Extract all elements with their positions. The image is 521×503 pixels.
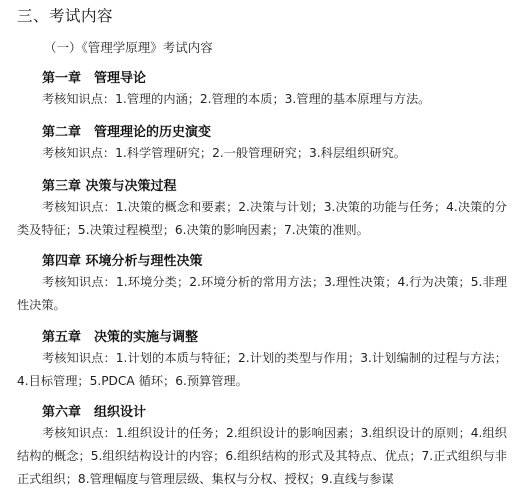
- chapter-5-title: 第五章 决策的实施与调整: [42, 326, 198, 345]
- chapter-3-title: 第三章 决策与决策过程: [42, 175, 177, 194]
- chapter-6-content: 考核知识点：1.组织设计的任务；2.组织设计的影响因素；3.组织设计的原则；4.…: [17, 422, 507, 491]
- chapter-6-title: 第六章 组织设计: [42, 401, 146, 420]
- subsection-title: （一）《管理学原理》考试内容: [44, 38, 213, 56]
- chapter-4-content: 考核知识点：1.环境分类；2.环境分析的常用方法；3.理性决策；4.行为决策；5…: [17, 271, 507, 317]
- chapter-1-content: 考核知识点：1.管理的内涵；2.管理的本质；3.管理的基本原理与方法。: [17, 88, 507, 111]
- chapter-2-content: 考核知识点：1.科学管理研究；2.一般管理研究；3.科层组织研究。: [17, 142, 507, 165]
- chapter-4-title: 第四章 环境分析与理性决策: [42, 250, 203, 269]
- chapter-5-content: 考核知识点：1.计划的本质与特征；2.计划的类型与作用；3.计划编制的过程与方法…: [17, 347, 507, 393]
- section-title: 三、考试内容: [17, 4, 113, 26]
- chapter-2-title: 第二章 管理理论的历史演变: [42, 121, 211, 140]
- chapter-3-content: 考核知识点：1.决策的概念和要素；2.决策与计划；3.决策的功能与任务；4.决策…: [17, 196, 507, 242]
- chapter-1-title: 第一章 管理导论: [42, 67, 146, 86]
